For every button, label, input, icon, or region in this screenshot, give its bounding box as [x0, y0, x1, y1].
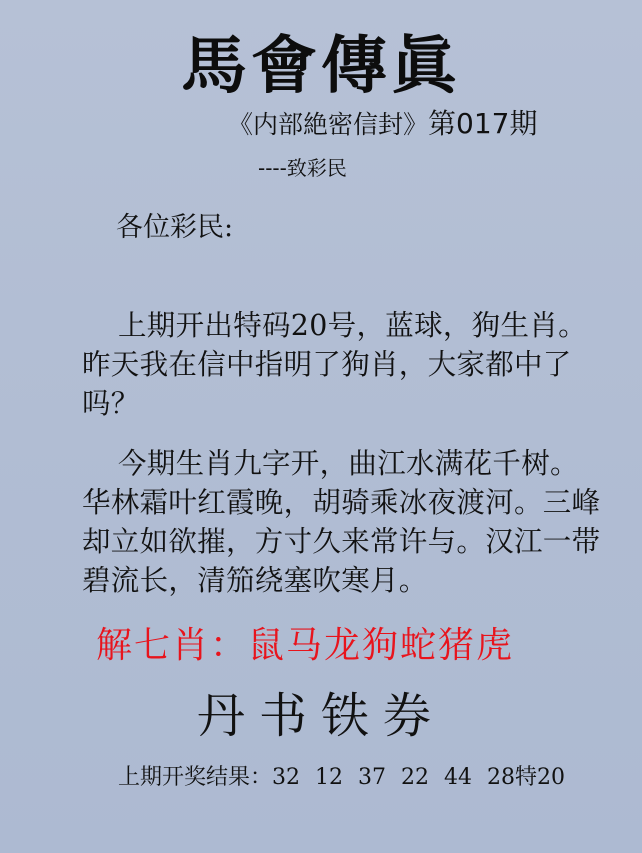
- paragraph-line: 上期开出特码20号，蓝球，狗生肖。: [82, 306, 627, 345]
- special-number: 20: [537, 765, 565, 790]
- issue-number: 017: [456, 107, 509, 140]
- last-draw-results: 上期开奖结果：32 12 37 22 44 28特20: [118, 762, 565, 794]
- paragraph-line: 昨天我在信中指明了狗肖，大家都中了: [82, 345, 627, 384]
- hint-label: 解七肖：: [96, 625, 248, 666]
- special-label: 特: [515, 765, 537, 790]
- results-numbers: 32 12 37 22 44 28: [272, 765, 515, 790]
- paragraph-line: 却立如欲摧，方寸久来常许与。汉江一带: [82, 522, 627, 561]
- masthead-title: 馬會傳眞: [0, 30, 642, 102]
- issue-prefix: 第: [428, 107, 456, 140]
- addressee-line: ----致彩民: [258, 154, 347, 182]
- issue-suffix: 期: [509, 107, 537, 140]
- paragraph-last-result: 上期开出特码20号，蓝球，狗生肖。 昨天我在信中指明了狗肖，大家都中了 吗？: [82, 306, 627, 423]
- paragraph-line: 华林霜叶红霞晚，胡骑乘冰夜渡河。三峰: [82, 483, 627, 522]
- hint-zodiacs: 鼠马龙狗蛇猪虎: [248, 625, 514, 666]
- paragraph-line: 吗？: [82, 384, 627, 423]
- issue-line: 《内部絶密信封》第017期: [228, 106, 538, 143]
- paragraph-poem-riddle: 今期生肖九字开，曲江水满花千树。 华林霜叶红霞晚，胡骑乘冰夜渡河。三峰 却立如欲…: [82, 444, 627, 600]
- publication-name: 《内部絶密信封》: [228, 110, 428, 139]
- letter-greeting: 各位彩民:: [116, 210, 233, 246]
- paragraph-line: 碧流长，清笳绕塞吹寒月。: [82, 561, 627, 600]
- results-label: 上期开奖结果：: [118, 765, 272, 790]
- motto-title: 丹书铁券: [0, 684, 642, 748]
- paragraph-line: 今期生肖九字开，曲江水满花千树。: [82, 444, 627, 483]
- seven-zodiac-hint: 解七肖：鼠马龙狗蛇猪虎: [96, 622, 514, 670]
